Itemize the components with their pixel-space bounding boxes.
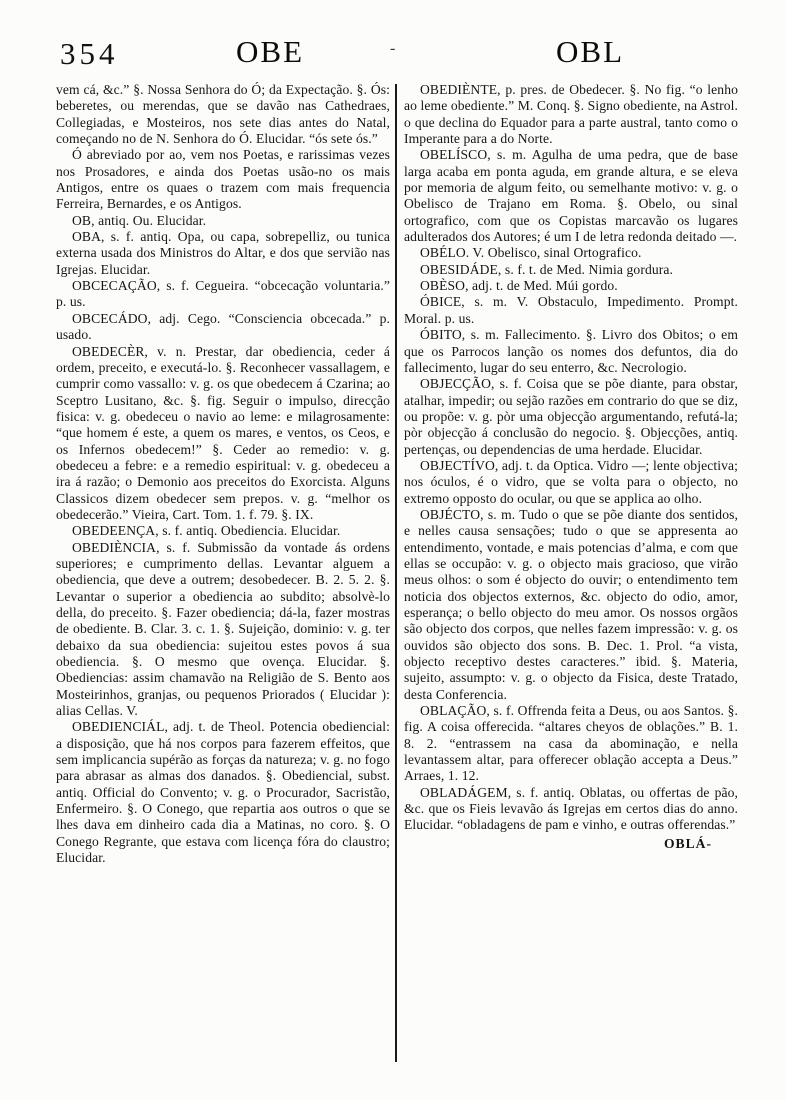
column-divider-rule bbox=[395, 84, 397, 1062]
entry-paragraph: OBJÉCTO, s. m. Tudo o que se põe diante … bbox=[404, 507, 738, 703]
left-column: vem cá, &c.” §. Nossa Senhora do Ó; da E… bbox=[56, 82, 390, 867]
entry-paragraph: OBLADÁGEM, s. f. antiq. Oblatas, ou offe… bbox=[404, 785, 738, 834]
printers-mark: - bbox=[390, 40, 395, 58]
dictionary-page: 354 OBE - OBL vem cá, &c.” §. Nossa Senh… bbox=[0, 0, 786, 1100]
entry-paragraph: OBLAÇÃO, s. f. Offrenda feita a Deus, ou… bbox=[404, 703, 738, 785]
entry-paragraph: OBCECAÇÃO, s. f. Cegueira. “obcecação vo… bbox=[56, 278, 390, 311]
entry-paragraph: OBÉLO. V. Obelisco, sinal Ortografico. bbox=[404, 245, 738, 261]
entry-paragraph: ÓBICE, s. m. V. Obstaculo, Impedimento. … bbox=[404, 294, 738, 327]
entry-paragraph: OBEDIENCIÁL, adj. t. de Theol. Potencia … bbox=[56, 719, 390, 866]
entry-paragraph: OB, antiq. Ou. Elucidar. bbox=[56, 213, 390, 229]
entry-paragraph: OBJECTÍVO, adj. t. da Optica. Vidro —; l… bbox=[404, 458, 738, 507]
running-head-left: OBE bbox=[150, 34, 390, 70]
entry-paragraph: OBEDIÈNCIA, s. f. Submissão da vontade á… bbox=[56, 540, 390, 720]
page-number: 354 bbox=[60, 36, 119, 72]
entry-paragraph: OBÈSO, adj. t. de Med. Múi gordo. bbox=[404, 278, 738, 294]
entry-paragraph: OBEDEENÇA, s. f. antiq. Obediencia. Eluc… bbox=[56, 523, 390, 539]
text-columns: vem cá, &c.” §. Nossa Senhora do Ó; da E… bbox=[0, 82, 786, 1082]
entry-paragraph: Ó abreviado por ao, vem nos Poetas, e ra… bbox=[56, 147, 390, 212]
entry-paragraph: OBJECÇÃO, s. f. Coisa que se põe diante,… bbox=[404, 376, 738, 458]
right-column: OBEDIÈNTE, p. pres. de Obedecer. §. No f… bbox=[404, 82, 738, 852]
catchword: OBLÁ- bbox=[404, 836, 738, 852]
page-header: 354 OBE - OBL bbox=[0, 34, 786, 78]
entry-paragraph: vem cá, &c.” §. Nossa Senhora do Ó; da E… bbox=[56, 82, 390, 147]
entry-paragraph: OBEDECÈR, v. n. Prestar, dar obediencia,… bbox=[56, 344, 390, 524]
running-head-right: OBL bbox=[470, 34, 710, 70]
entry-paragraph: OBCECÁDO, adj. Cego. “Consciencia obceca… bbox=[56, 311, 390, 344]
entry-paragraph: OBESIDÁDE, s. f. t. de Med. Nimia gordur… bbox=[404, 262, 738, 278]
entry-paragraph: OBELÍSCO, s. m. Agulha de uma pedra, que… bbox=[404, 147, 738, 245]
entry-paragraph: OBEDIÈNTE, p. pres. de Obedecer. §. No f… bbox=[404, 82, 738, 147]
entry-paragraph: OBA, s. f. antiq. Opa, ou capa, sobrepel… bbox=[56, 229, 390, 278]
entry-paragraph: ÓBITO, s. m. Fallecimento. §. Livro dos … bbox=[404, 327, 738, 376]
